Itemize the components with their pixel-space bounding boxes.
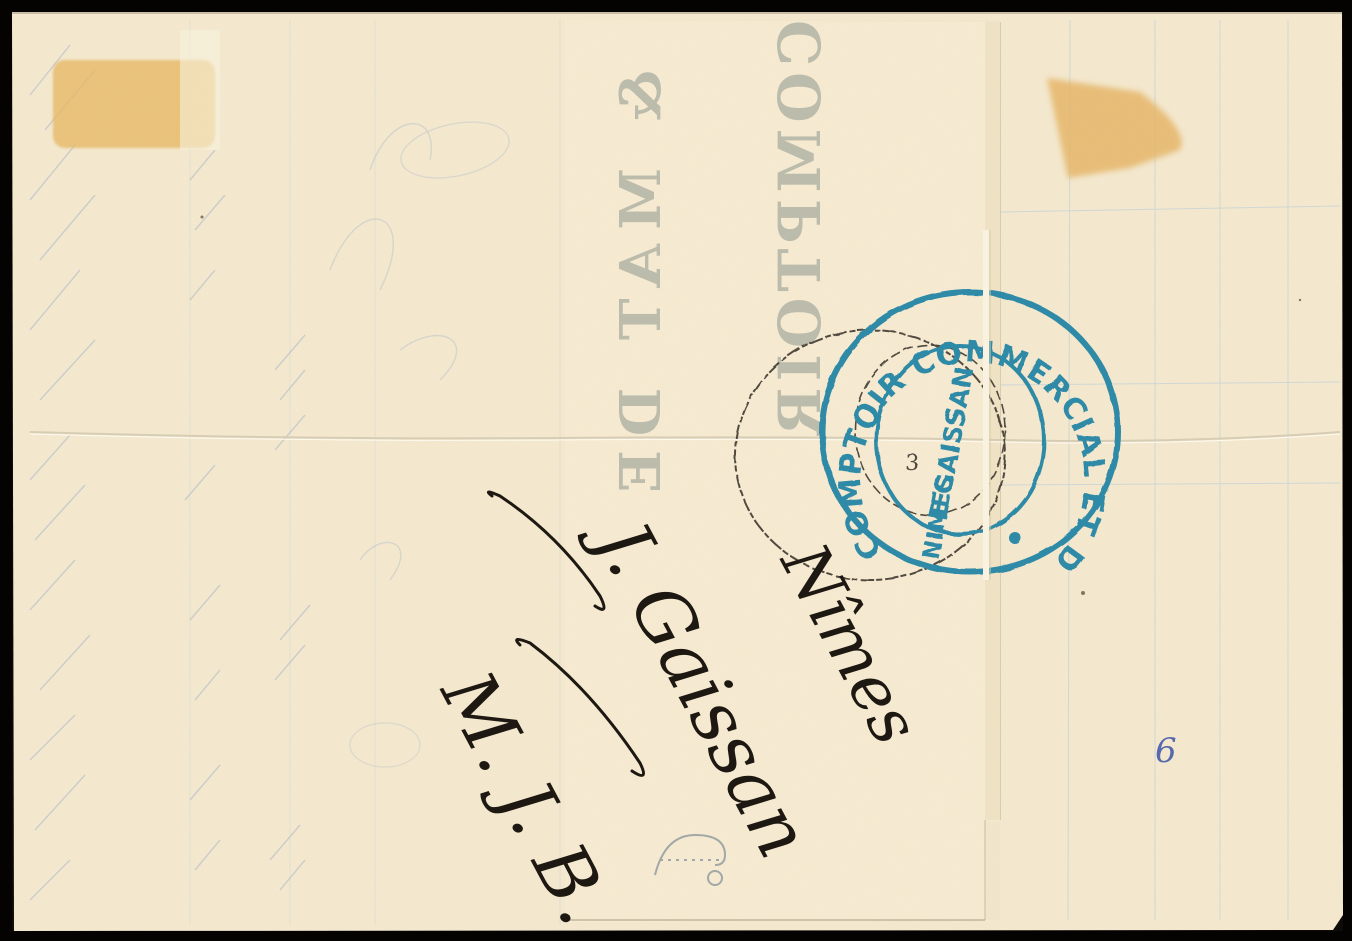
document-scan: COMPTOIR & MAT DE 3 COMPTOIR COMMERCIAL …: [0, 0, 1352, 941]
offset-column-inner: & MAT DE: [608, 70, 674, 507]
postmark-date: 3: [905, 451, 919, 476]
pencil-mark: 6: [1155, 731, 1177, 771]
offset-column-outer: COMPTOIR: [766, 20, 834, 442]
letter-illustration: COMPTOIR & MAT DE 3 COMPTOIR COMMERCIAL …: [0, 0, 1352, 941]
